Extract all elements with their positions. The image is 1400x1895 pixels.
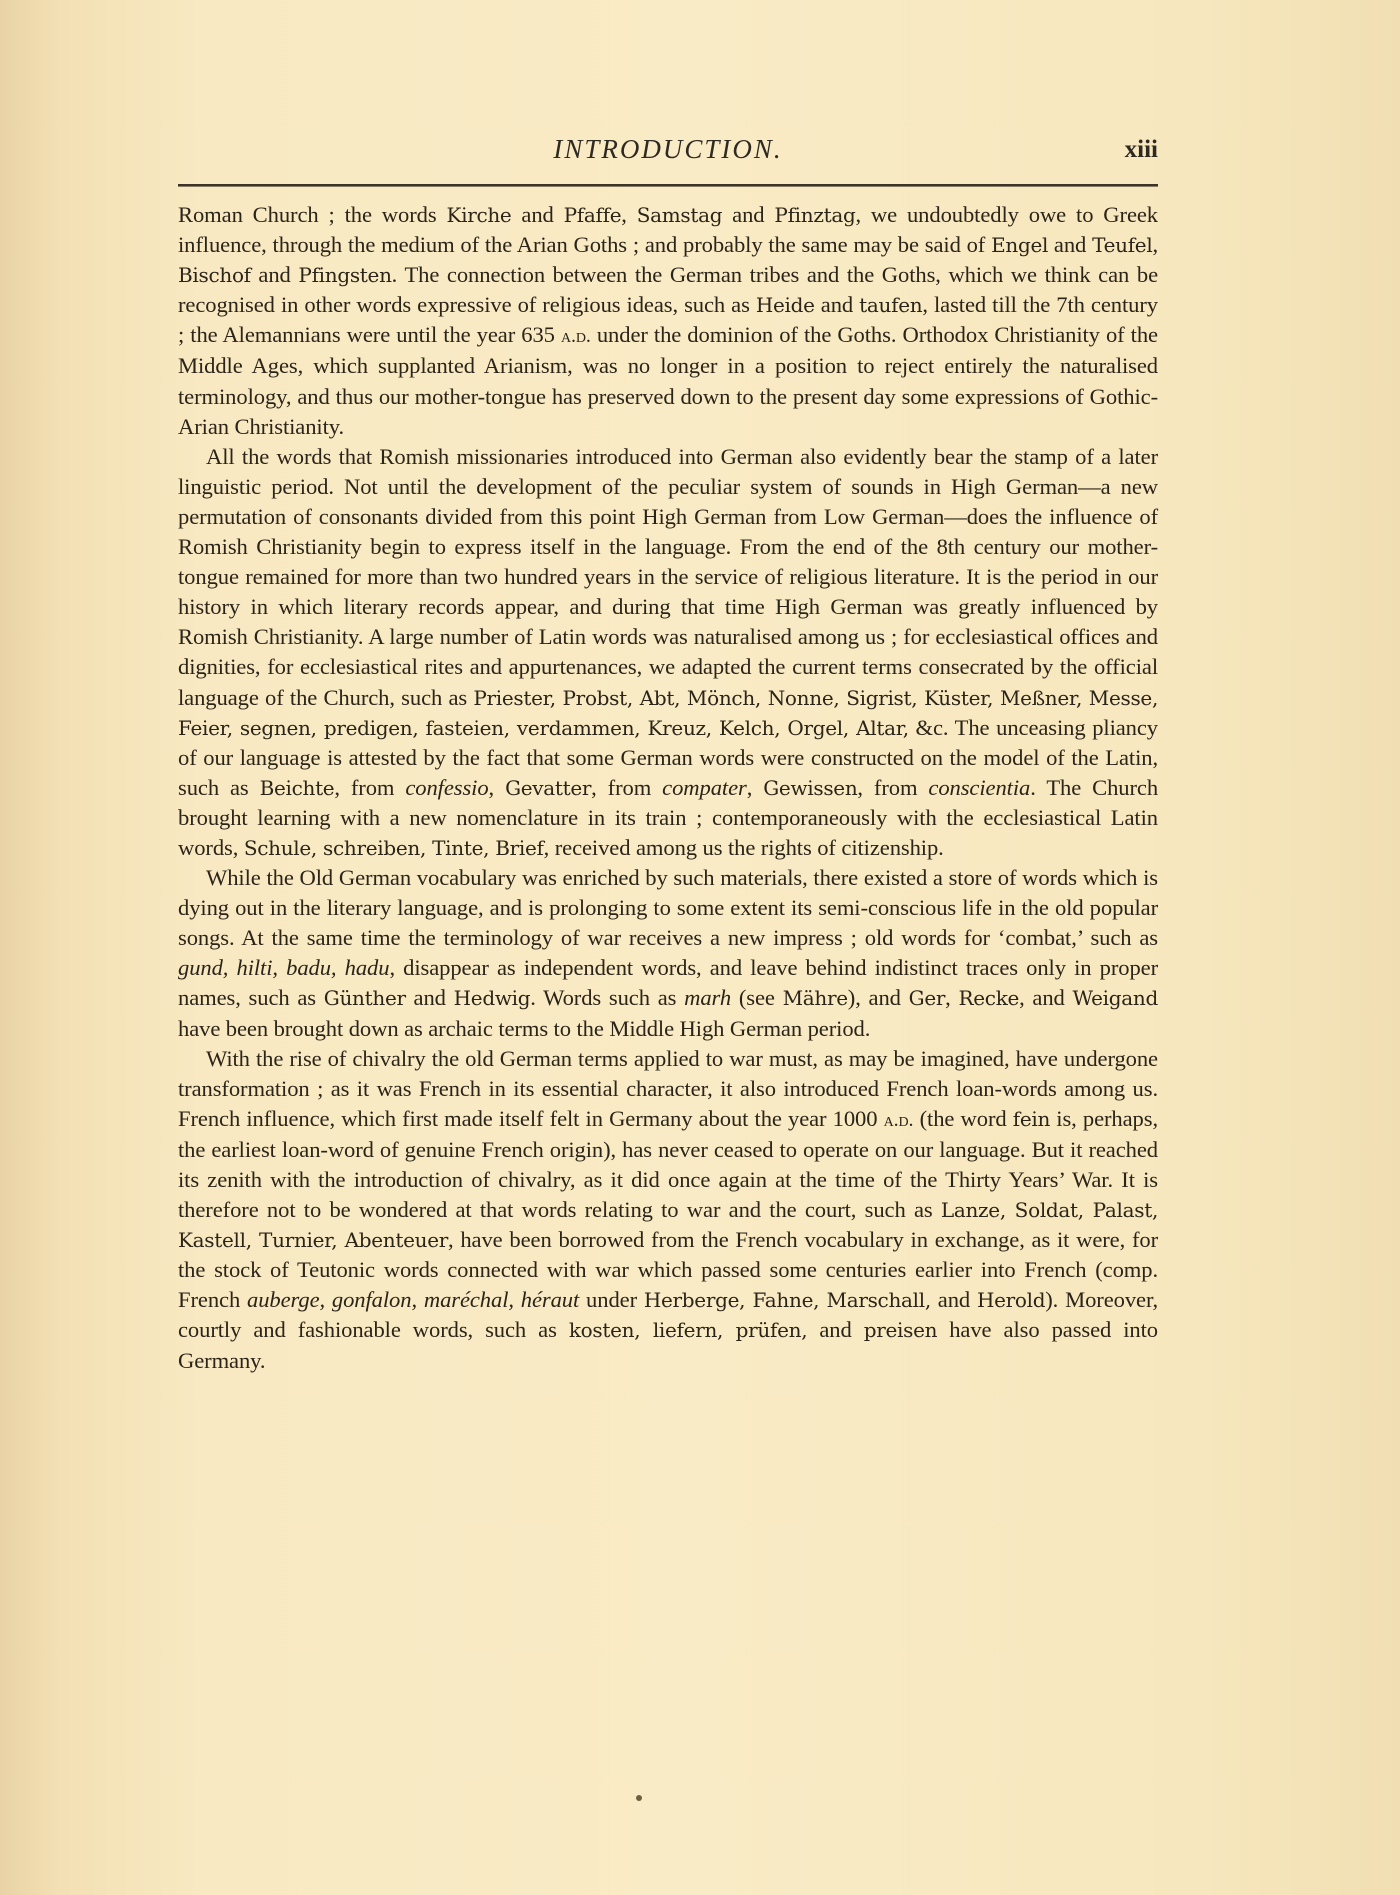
german-term: Engel bbox=[991, 233, 1048, 257]
german-term: Recke bbox=[959, 986, 1020, 1010]
running-title: INTRODUCTION. bbox=[178, 134, 1158, 165]
german-term: Hedwig bbox=[454, 986, 531, 1010]
german-term: Bischof bbox=[178, 263, 251, 287]
text-run: and bbox=[251, 262, 299, 287]
page-header: INTRODUCTION. xiii bbox=[178, 134, 1158, 170]
small-caps-text: a.d. bbox=[561, 325, 591, 347]
paragraph: With the rise of chivalry the old German… bbox=[178, 1044, 1158, 1376]
text-run: , from bbox=[591, 775, 662, 800]
german-term: Heide bbox=[756, 293, 815, 317]
italic-term: confessio bbox=[405, 775, 488, 800]
italic-term: auberge, gonfalon, maréchal, héraut bbox=[247, 1287, 579, 1312]
book-page: INTRODUCTION. xiii Roman Church ; the wo… bbox=[178, 134, 1158, 1376]
text-run: under bbox=[579, 1287, 644, 1312]
german-term: Gevatter bbox=[505, 776, 591, 800]
german-term: Ger bbox=[909, 986, 945, 1010]
text-run: , from bbox=[857, 775, 928, 800]
text-run: and bbox=[931, 1287, 977, 1312]
text-run: All the words that Romish missionaries i… bbox=[178, 444, 1158, 710]
text-run: , bbox=[489, 775, 506, 800]
text-run: , bbox=[1152, 232, 1158, 257]
german-term: Mähre bbox=[783, 986, 848, 1010]
text-run: and bbox=[406, 985, 454, 1010]
german-term: Beichte bbox=[260, 776, 335, 800]
footer-dot-mark bbox=[636, 1795, 642, 1801]
italic-term: compater bbox=[662, 775, 747, 800]
text-run: Roman Church ; the words bbox=[178, 202, 446, 227]
text-run: . Words such as bbox=[530, 985, 684, 1010]
paragraph: Roman Church ; the words Kirche and Pfaf… bbox=[178, 200, 1158, 442]
text-run: , from bbox=[334, 775, 405, 800]
text-run: and bbox=[1048, 232, 1092, 257]
german-term: Samstag bbox=[637, 203, 723, 227]
german-term: preisen bbox=[864, 1318, 937, 1342]
text-run: and bbox=[511, 202, 563, 227]
text-run: , received among us the rights of citize… bbox=[544, 835, 944, 860]
german-term: Pfingsten bbox=[298, 263, 391, 287]
italic-term: marh bbox=[684, 985, 731, 1010]
german-term: kosten, liefern, prüfen, bbox=[569, 1318, 807, 1342]
german-term: Schule, schreiben, Tinte, Brief bbox=[244, 836, 544, 860]
text-run: , bbox=[747, 775, 764, 800]
page-number: xiii bbox=[1125, 136, 1158, 164]
text-run: and bbox=[807, 1317, 863, 1342]
text-run: (the word bbox=[913, 1106, 1012, 1131]
italic-term: conscientia bbox=[928, 775, 1030, 800]
text-run: While the Old German vocabulary was enri… bbox=[178, 865, 1158, 950]
german-term: fein bbox=[1013, 1107, 1050, 1131]
text-run: , and bbox=[1019, 985, 1072, 1010]
italic-term: gund, hilti, badu, hadu bbox=[178, 955, 389, 980]
german-term: Teufel bbox=[1092, 233, 1152, 257]
text-run: have been brought down as archaic terms … bbox=[178, 1016, 870, 1041]
german-term: Herold bbox=[977, 1288, 1045, 1312]
text-run: ), and bbox=[848, 985, 909, 1010]
german-term: taufen bbox=[859, 293, 922, 317]
german-term: Pfaffe bbox=[564, 203, 622, 227]
text-run: and bbox=[815, 292, 859, 317]
german-term: Weigand bbox=[1073, 986, 1158, 1010]
german-term: Pfinztag bbox=[774, 203, 855, 227]
text-run: , bbox=[621, 202, 636, 227]
small-caps-text: a.d. bbox=[884, 1109, 914, 1131]
paragraph: While the Old German vocabulary was enri… bbox=[178, 863, 1158, 1044]
german-term: Kirche bbox=[446, 203, 511, 227]
german-term: Günther bbox=[324, 986, 406, 1010]
german-term: Gewissen bbox=[763, 776, 857, 800]
header-rule bbox=[178, 184, 1158, 187]
text-run: and bbox=[722, 202, 774, 227]
paragraph: All the words that Romish missionaries i… bbox=[178, 442, 1158, 863]
text-run: , bbox=[945, 985, 958, 1010]
german-term: Herberge, Fahne, Marschall, bbox=[644, 1288, 931, 1312]
text-run: (see bbox=[731, 985, 783, 1010]
body-text: Roman Church ; the words Kirche and Pfaf… bbox=[178, 200, 1158, 1376]
